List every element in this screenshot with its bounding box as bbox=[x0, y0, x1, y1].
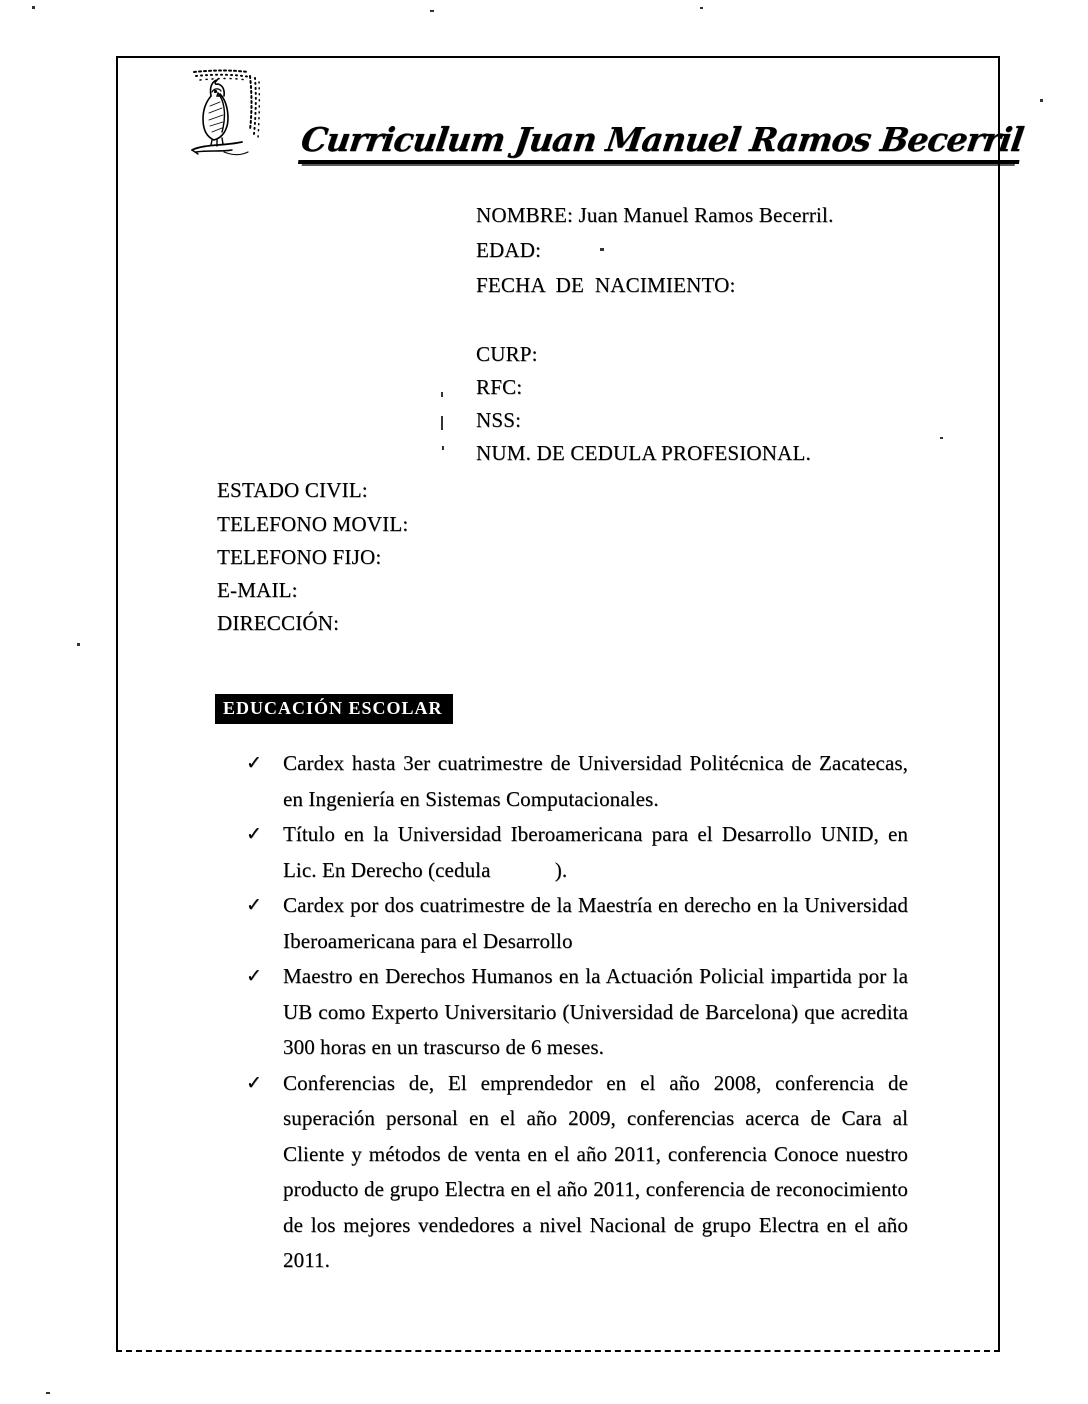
section-header-educacion-escolar: EDUCACIÓN ESCOLAR bbox=[215, 694, 453, 724]
list-item: ✓ Maestro en Derechos Humanos en la Actu… bbox=[246, 959, 908, 1066]
field-nombre: NOMBRE: Juan Manuel Ramos Becerril. bbox=[476, 203, 834, 228]
field-fecha-nacimiento: FECHA DE NACIMIENTO: bbox=[476, 273, 736, 298]
field-edad: EDAD: bbox=[476, 238, 541, 263]
document-title-text: Curriculum Juan Manuel Ramos Becerril bbox=[298, 120, 1026, 164]
list-item: ✓ Cardex hasta 3er cuatrimestre de Unive… bbox=[246, 746, 908, 817]
field-estado-civil: ESTADO CIVIL: bbox=[217, 478, 368, 503]
education-item-text: Cardex por dos cuatrimestre de la Maestr… bbox=[283, 888, 908, 959]
scan-speck bbox=[600, 248, 604, 251]
field-telefono-fijo: TELEFONO FIJO: bbox=[217, 545, 381, 570]
education-item-text: Título en la Universidad Iberoamericana … bbox=[283, 817, 908, 888]
field-telefono-movil: TELEFONO MOVIL: bbox=[217, 512, 408, 537]
field-direccion: DIRECCIÓN: bbox=[217, 611, 339, 636]
scan-speck bbox=[940, 437, 943, 439]
scanned-resume-page: Curriculum Juan Manuel Ramos Becerril NO… bbox=[0, 0, 1088, 1404]
scan-speck bbox=[32, 6, 35, 9]
scan-speck bbox=[700, 7, 703, 9]
education-item-text: Conferencias de, El emprendedor en el añ… bbox=[283, 1066, 908, 1279]
document-title: Curriculum Juan Manuel Ramos Becerril bbox=[298, 120, 1026, 164]
education-item-text: Maestro en Derechos Humanos en la Actuac… bbox=[283, 959, 908, 1066]
education-item-text: Cardex hasta 3er cuatrimestre de Univers… bbox=[283, 746, 908, 817]
education-list: ✓ Cardex hasta 3er cuatrimestre de Unive… bbox=[246, 746, 908, 1279]
scan-speck bbox=[441, 392, 443, 397]
scan-speck bbox=[441, 416, 443, 430]
field-cedula-profesional: NUM. DE CEDULA PROFESIONAL. bbox=[476, 441, 811, 466]
scan-speck bbox=[1040, 99, 1043, 102]
scan-speck bbox=[77, 643, 80, 646]
checkmark-icon: ✓ bbox=[246, 746, 283, 782]
field-nss: NSS: bbox=[476, 408, 521, 433]
field-email: E-MAIL: bbox=[217, 578, 298, 603]
field-curp: CURP: bbox=[476, 342, 538, 367]
checkmark-icon: ✓ bbox=[246, 888, 283, 924]
checkmark-icon: ✓ bbox=[246, 817, 283, 853]
scan-speck bbox=[46, 1392, 50, 1394]
list-item: ✓ Conferencias de, El emprendedor en el … bbox=[246, 1066, 908, 1279]
list-item: ✓ Título en la Universidad Iberoamerican… bbox=[246, 817, 908, 888]
checkmark-icon: ✓ bbox=[246, 959, 283, 995]
field-rfc: RFC: bbox=[476, 375, 522, 400]
scan-speck bbox=[442, 446, 444, 450]
checkmark-icon: ✓ bbox=[246, 1066, 283, 1102]
owl-logo-icon bbox=[184, 68, 268, 168]
scan-speck bbox=[430, 10, 434, 12]
list-item: ✓ Cardex por dos cuatrimestre de la Maes… bbox=[246, 888, 908, 959]
